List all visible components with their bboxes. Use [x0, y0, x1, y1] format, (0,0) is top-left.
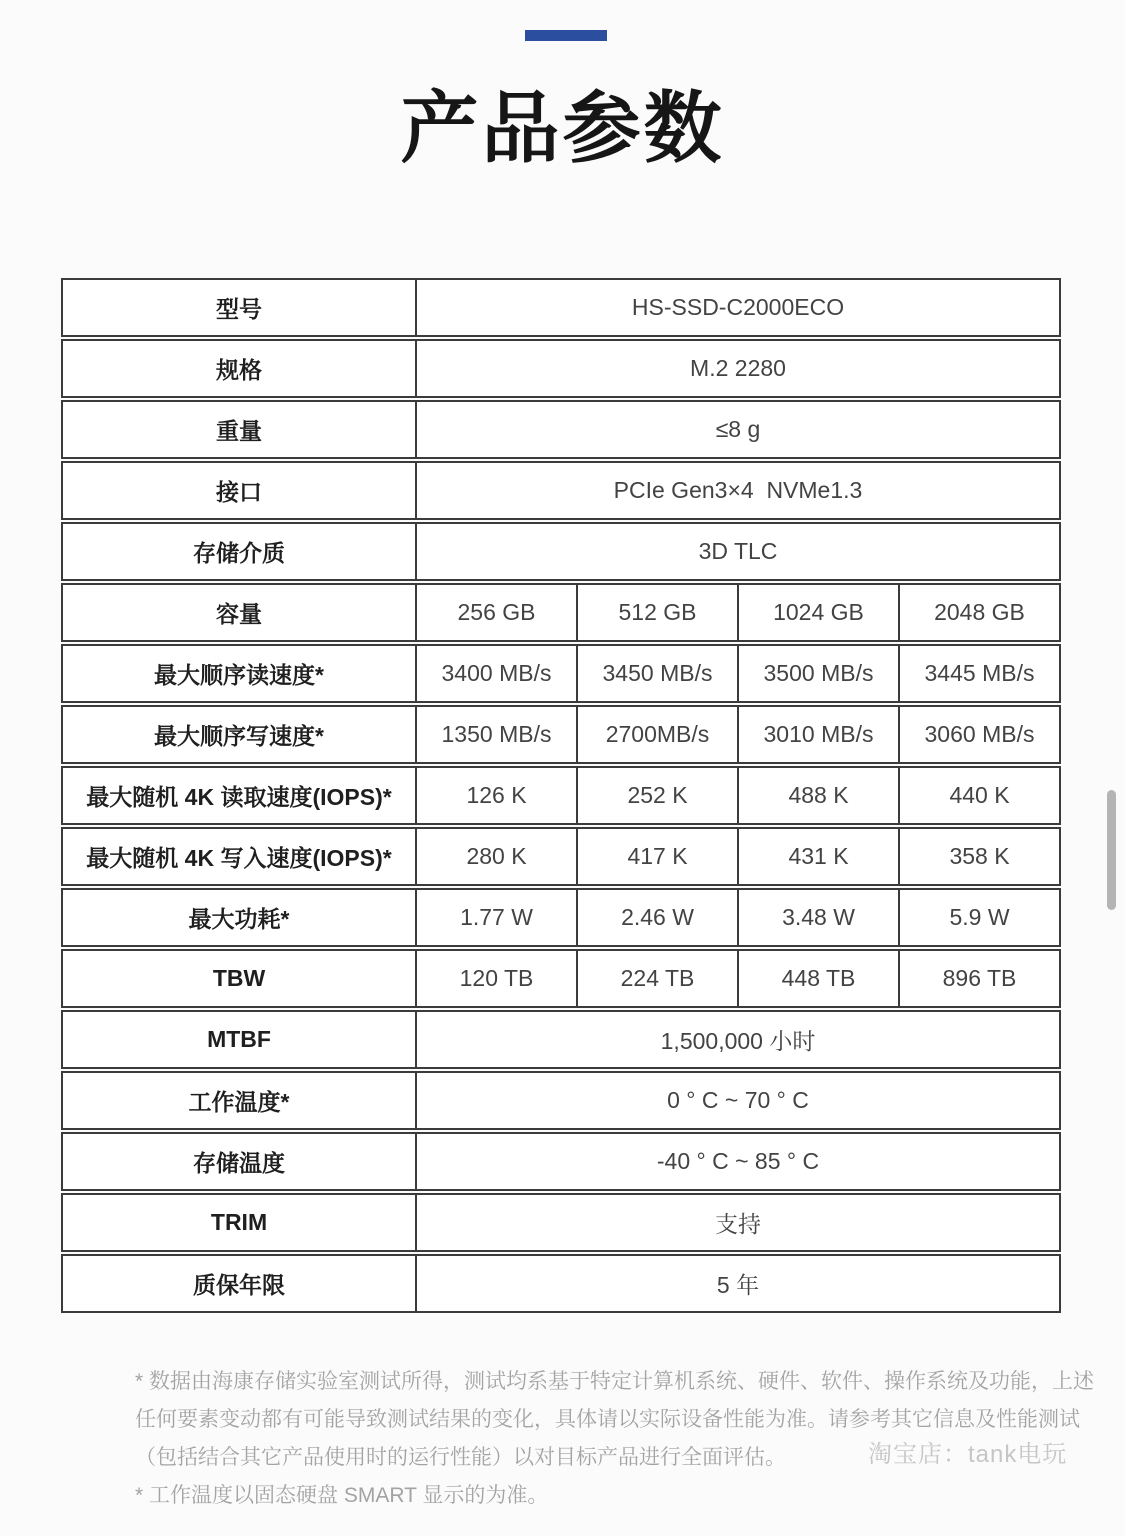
row-value: 256 GB — [417, 585, 576, 640]
row-value: 120 TB — [417, 951, 576, 1006]
row-value: 5 年 — [417, 1256, 1059, 1311]
row-value: 0 ° C ~ 70 ° C — [417, 1073, 1059, 1128]
title-accent-dash — [525, 30, 607, 41]
row-value: 3400 MB/s — [417, 646, 576, 701]
row-value: 280 K — [417, 829, 576, 884]
row-value: 3.48 W — [737, 890, 898, 945]
shop-watermark: 淘宝店：tank电玩 — [868, 1434, 1067, 1469]
row-value: 1024 GB — [737, 585, 898, 640]
row-label: 工作温度* — [63, 1073, 417, 1128]
row-value: 896 TB — [898, 951, 1059, 1006]
footnote-line-1: * 数据由海康存储实验室测试所得，测试均系基于特定计算机系统、硬件、软件、操作系… — [135, 1363, 1015, 1401]
row-value: 支持 — [417, 1195, 1059, 1250]
row-label: 最大顺序写速度* — [63, 707, 417, 762]
product-parameters-page: 产品参数 型号 HS-SSD-C2000ECO 规格 M.2 2280 重量 ≤… — [0, 0, 1125, 1536]
row-value: 224 TB — [576, 951, 737, 1006]
table-row-warranty: 质保年限 5 年 — [61, 1254, 1061, 1313]
table-row-model: 型号 HS-SSD-C2000ECO — [61, 278, 1061, 337]
row-label: TBW — [63, 951, 417, 1006]
row-value: 3445 MB/s — [898, 646, 1059, 701]
row-value: 2048 GB — [898, 585, 1059, 640]
row-value: 1.77 W — [417, 890, 576, 945]
row-label: 存储介质 — [63, 524, 417, 579]
table-row-media: 存储介质 3D TLC — [61, 522, 1061, 581]
row-value: 1,500,000 小时 — [417, 1012, 1059, 1067]
row-value: ≤8 g — [417, 402, 1059, 457]
row-value: 448 TB — [737, 951, 898, 1006]
table-row-weight: 重量 ≤8 g — [61, 400, 1061, 459]
row-label: 存储温度 — [63, 1134, 417, 1189]
row-value: 252 K — [576, 768, 737, 823]
table-row-tbw: TBW 120 TB 224 TB 448 TB 896 TB — [61, 949, 1061, 1008]
page-title: 产品参数 — [0, 66, 1125, 178]
table-row-storage-temp: 存储温度 -40 ° C ~ 85 ° C — [61, 1132, 1061, 1191]
row-label: 重量 — [63, 402, 417, 457]
row-value: 440 K — [898, 768, 1059, 823]
table-row-max-power: 最大功耗* 1.77 W 2.46 W 3.48 W 5.9 W — [61, 888, 1061, 947]
row-label: MTBF — [63, 1012, 417, 1067]
row-value: 2.46 W — [576, 890, 737, 945]
row-value: -40 ° C ~ 85 ° C — [417, 1134, 1059, 1189]
row-label: 最大顺序读速度* — [63, 646, 417, 701]
table-row-seq-write: 最大顺序写速度* 1350 MB/s 2700MB/s 3010 MB/s 30… — [61, 705, 1061, 764]
row-label: 最大随机 4K 写入速度(IOPS)* — [63, 829, 417, 884]
table-row-form-factor: 规格 M.2 2280 — [61, 339, 1061, 398]
row-value: 488 K — [737, 768, 898, 823]
row-label: 接口 — [63, 463, 417, 518]
row-value: 3500 MB/s — [737, 646, 898, 701]
row-label: TRIM — [63, 1195, 417, 1250]
row-value: 126 K — [417, 768, 576, 823]
table-row-operating-temp: 工作温度* 0 ° C ~ 70 ° C — [61, 1071, 1061, 1130]
row-value: PCIe Gen3×4 NVMe1.3 — [417, 463, 1059, 518]
table-row-rand-read-iops: 最大随机 4K 读取速度(IOPS)* 126 K 252 K 488 K 44… — [61, 766, 1061, 825]
row-label: 型号 — [63, 280, 417, 335]
row-label: 最大功耗* — [63, 890, 417, 945]
scrollbar-thumb[interactable] — [1107, 790, 1116, 910]
row-label: 最大随机 4K 读取速度(IOPS)* — [63, 768, 417, 823]
row-value: 2700MB/s — [576, 707, 737, 762]
row-value: 358 K — [898, 829, 1059, 884]
table-row-trim: TRIM 支持 — [61, 1193, 1061, 1252]
row-value: 5.9 W — [898, 890, 1059, 945]
table-row-mtbf: MTBF 1,500,000 小时 — [61, 1010, 1061, 1069]
row-label: 容量 — [63, 585, 417, 640]
table-row-seq-read: 最大顺序读速度* 3400 MB/s 3450 MB/s 3500 MB/s 3… — [61, 644, 1061, 703]
row-value: 3010 MB/s — [737, 707, 898, 762]
row-label: 质保年限 — [63, 1256, 417, 1311]
table-row-capacity: 容量 256 GB 512 GB 1024 GB 2048 GB — [61, 583, 1061, 642]
table-row-interface: 接口 PCIe Gen3×4 NVMe1.3 — [61, 461, 1061, 520]
footnote-line-4: * 工作温度以固态硬盘 SMART 显示的为准。 — [135, 1477, 1015, 1515]
row-value: 3450 MB/s — [576, 646, 737, 701]
row-value: 3060 MB/s — [898, 707, 1059, 762]
row-value: 1350 MB/s — [417, 707, 576, 762]
row-label: 规格 — [63, 341, 417, 396]
row-value: 431 K — [737, 829, 898, 884]
row-value: M.2 2280 — [417, 341, 1059, 396]
row-value: HS-SSD-C2000ECO — [417, 280, 1059, 335]
spec-table: 型号 HS-SSD-C2000ECO 规格 M.2 2280 重量 ≤8 g 接… — [61, 278, 1061, 1315]
row-value: 417 K — [576, 829, 737, 884]
row-value: 512 GB — [576, 585, 737, 640]
table-row-rand-write-iops: 最大随机 4K 写入速度(IOPS)* 280 K 417 K 431 K 35… — [61, 827, 1061, 886]
row-value: 3D TLC — [417, 524, 1059, 579]
